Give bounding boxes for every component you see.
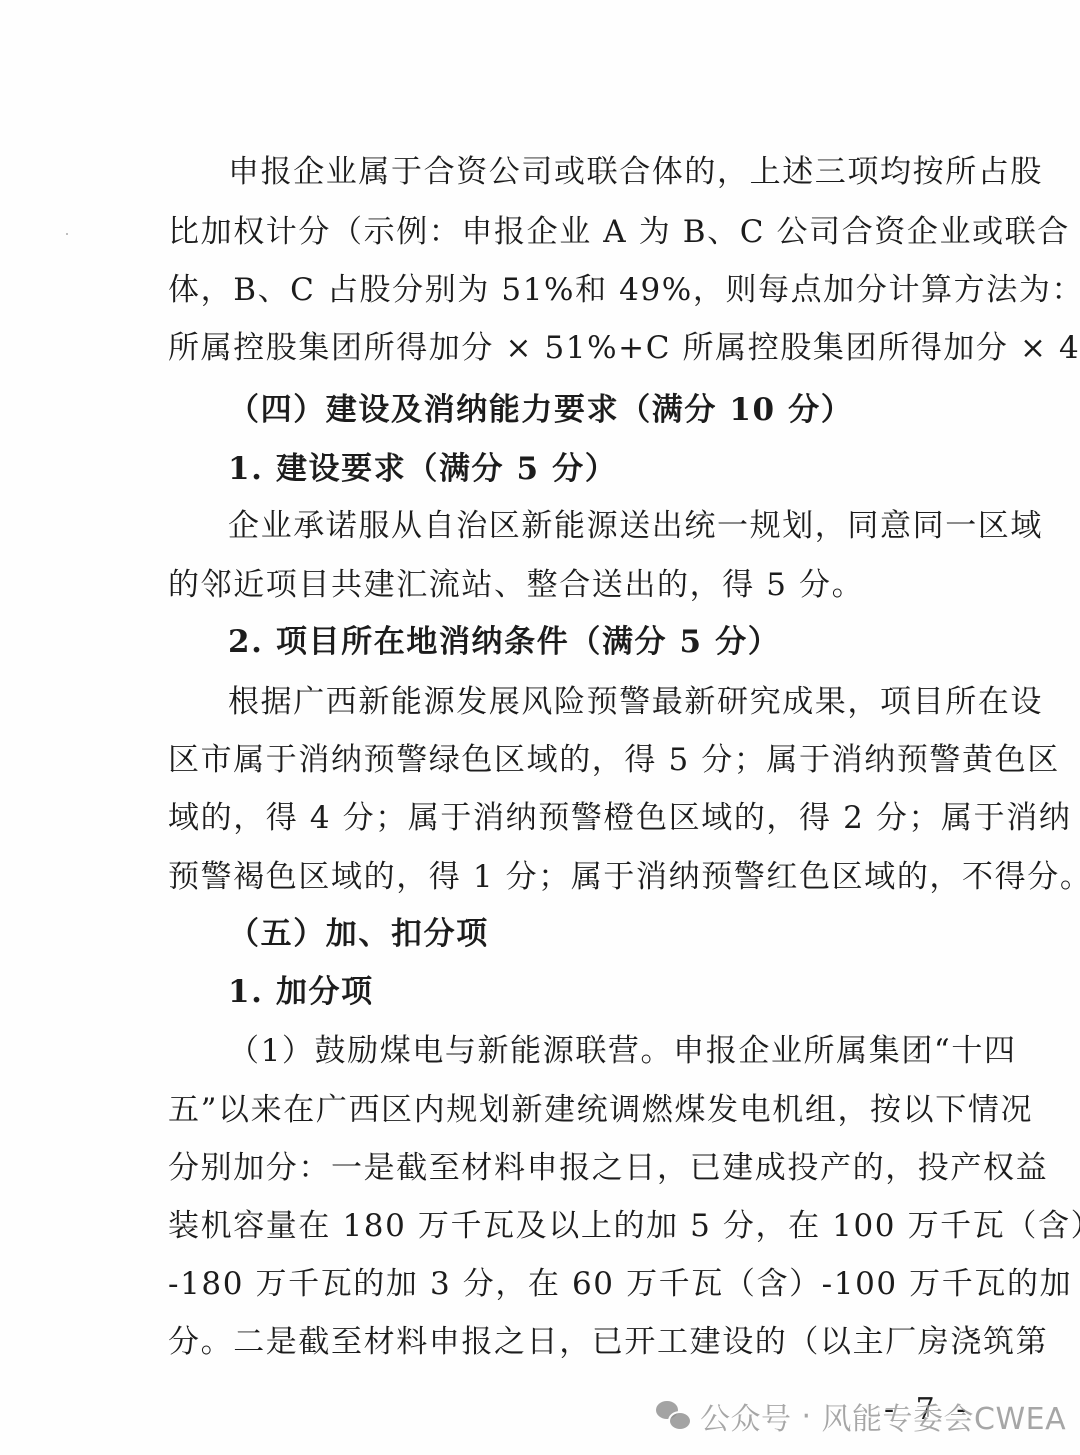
paragraph-line: 预警褐色区域的，得 1 分；属于消纳预警红色区域的，不得分。: [168, 857, 948, 897]
scan-speck: [66, 233, 68, 235]
paragraph-line: （1）鼓励煤电与新能源联营。申报企业所属集团“十四: [228, 1031, 948, 1071]
watermark-separator: ·: [802, 1399, 812, 1434]
section-heading: 1. 加分项: [228, 972, 948, 1012]
section-heading: 1. 建设要求（满分 5 分）: [228, 449, 948, 489]
paragraph-line: 体，B、C 占股分别为 51%和 49%，则每点加分计算方法为：B: [168, 270, 948, 310]
paragraph-line: 比加权计分（示例：申报企业 A 为 B、C 公司合资企业或联合: [168, 212, 948, 252]
paragraph-line: 所属控股集团所得加分 × 51%+C 所属控股集团所得加分 × 49%）。: [168, 328, 948, 368]
paragraph-line: 申报企业属于合资公司或联合体的，上述三项均按所占股: [228, 152, 948, 192]
paragraph-line: 根据广西新能源发展风险预警最新研究成果，项目所在设: [228, 682, 948, 722]
paragraph-line: 区市属于消纳预警绿色区域的，得 5 分；属于消纳预警黄色区: [168, 740, 948, 780]
paragraph-line: 五”以来在广西区内规划新建统调燃煤发电机组，按以下情况: [168, 1090, 948, 1130]
section-heading: 2. 项目所在地消纳条件（满分 5 分）: [228, 622, 948, 662]
section-heading: （五）加、扣分项: [228, 914, 948, 954]
paragraph-line: 分别加分：一是截至材料申报之日，已建成投产的，投产权益: [168, 1148, 948, 1188]
section-heading: （四）建设及消纳能力要求（满分 10 分）: [228, 390, 948, 430]
paragraph-line: 的邻近项目共建汇流站、整合送出的，得 5 分。: [168, 565, 948, 605]
paragraph-line: 域的，得 4 分；属于消纳预警橙色区域的，得 2 分；属于消纳: [168, 798, 948, 838]
watermark: 公众号 · 风能专委会CWEA: [656, 1394, 1066, 1438]
watermark-source: 公众号: [700, 1394, 792, 1438]
document-page: 申报企业属于合资公司或联合体的，上述三项均按所占股比加权计分（示例：申报企业 A…: [0, 0, 1080, 1455]
wechat-icon: [656, 1401, 690, 1431]
paragraph-line: 企业承诺服从自治区新能源送出统一规划，同意同一区域: [228, 506, 948, 546]
paragraph-line: 装机容量在 180 万千瓦及以上的加 5 分，在 100 万千瓦（含）: [168, 1206, 948, 1246]
paragraph-line: 分。二是截至材料申报之日，已开工建设的（以主厂房浇筑第: [168, 1322, 948, 1362]
watermark-account: 风能专委会CWEA: [822, 1394, 1067, 1438]
paragraph-line: -180 万千瓦的加 3 分，在 60 万千瓦（含）-100 万千瓦的加 2: [168, 1264, 948, 1304]
